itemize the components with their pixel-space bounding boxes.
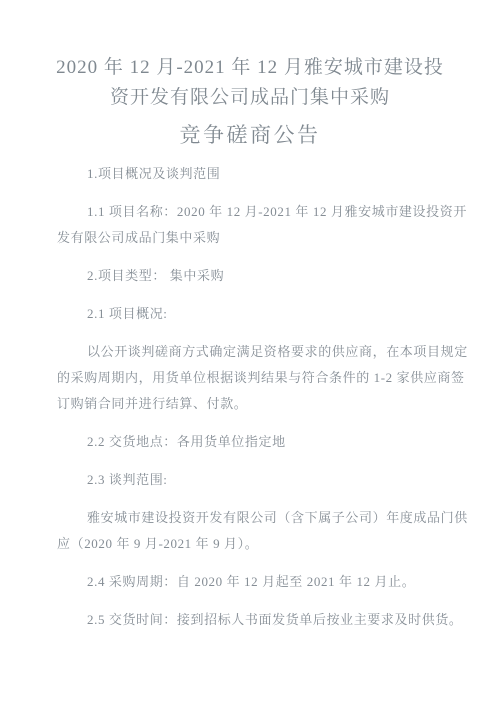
paragraph-procurement-period: 2.4 采购周期：自 2020 年 12 月起至 2021 年 12 月止。 xyxy=(57,569,424,595)
text-line: 雅安城市建设投资开发有限公司（含下属子公司）年度成品门供 xyxy=(57,505,424,531)
text-line: 的采购周期内，用货单位根据谈判结果与符合条件的 1-2 家供应商签 xyxy=(57,365,424,391)
paragraph-project-overview-body: 以公开谈判磋商方式确定满足资格要求的供应商，在本项目规定 的采购周期内，用货单位… xyxy=(57,339,424,417)
paragraph-project-type: 2.项目类型： 集中采购 xyxy=(57,263,424,289)
doc-title-line-2: 资开发有限公司成品门集中采购 xyxy=(0,83,500,113)
text-line: 2.3 谈判范围: xyxy=(57,467,424,493)
text-line: 应（2020 年 9 月-2021 年 9 月）。 xyxy=(57,531,424,557)
text-line: 2.5 交货时间：接到招标人书面发货单后按业主要求及时供货。 xyxy=(57,607,424,633)
paragraph-project-name: 1.1 项目名称：2020 年 12 月-2021 年 12 月雅安城市建设投资… xyxy=(57,199,424,251)
text-line: 2.2 交货地点：各用货单位指定地 xyxy=(57,429,424,455)
paragraph-project-overview-heading: 2.1 项目概况: xyxy=(57,301,424,327)
text-line: 1.项目概况及谈判范围 xyxy=(57,161,424,187)
text-line: 1.1 项目名称：2020 年 12 月-2021 年 12 月雅安城市建设投资… xyxy=(57,199,424,225)
doc-subtitle: 竞争磋商公告 xyxy=(0,119,500,151)
text-line: 2.项目类型： 集中采购 xyxy=(57,263,424,289)
doc-header: 2020 年 12 月-2021 年 12 月雅安城市建设投 资开发有限公司成品… xyxy=(0,0,500,151)
paragraph-negotiation-scope-heading: 2.3 谈判范围: xyxy=(57,467,424,493)
document-page: 2020 年 12 月-2021 年 12 月雅安城市建设投 资开发有限公司成品… xyxy=(0,0,500,707)
doc-title: 2020 年 12 月-2021 年 12 月雅安城市建设投 资开发有限公司成品… xyxy=(0,53,500,113)
paragraph-section-1: 1.项目概况及谈判范围 xyxy=(57,161,424,187)
text-line: 以公开谈判磋商方式确定满足资格要求的供应商，在本项目规定 xyxy=(57,339,424,365)
paragraph-delivery-place: 2.2 交货地点：各用货单位指定地 xyxy=(57,429,424,455)
doc-title-line-1: 2020 年 12 月-2021 年 12 月雅安城市建设投 xyxy=(0,53,500,83)
text-line: 2.1 项目概况: xyxy=(57,301,424,327)
text-line: 订购销合同并进行结算、付款。 xyxy=(57,391,424,417)
doc-body: 1.项目概况及谈判范围 1.1 项目名称：2020 年 12 月-2021 年 … xyxy=(0,161,500,633)
paragraph-negotiation-scope-body: 雅安城市建设投资开发有限公司（含下属子公司）年度成品门供 应（2020 年 9 … xyxy=(57,505,424,557)
text-line: 2.4 采购周期：自 2020 年 12 月起至 2021 年 12 月止。 xyxy=(57,569,424,595)
paragraph-delivery-time: 2.5 交货时间：接到招标人书面发货单后按业主要求及时供货。 xyxy=(57,607,424,633)
text-line: 发有限公司成品门集中采购 xyxy=(57,225,424,251)
